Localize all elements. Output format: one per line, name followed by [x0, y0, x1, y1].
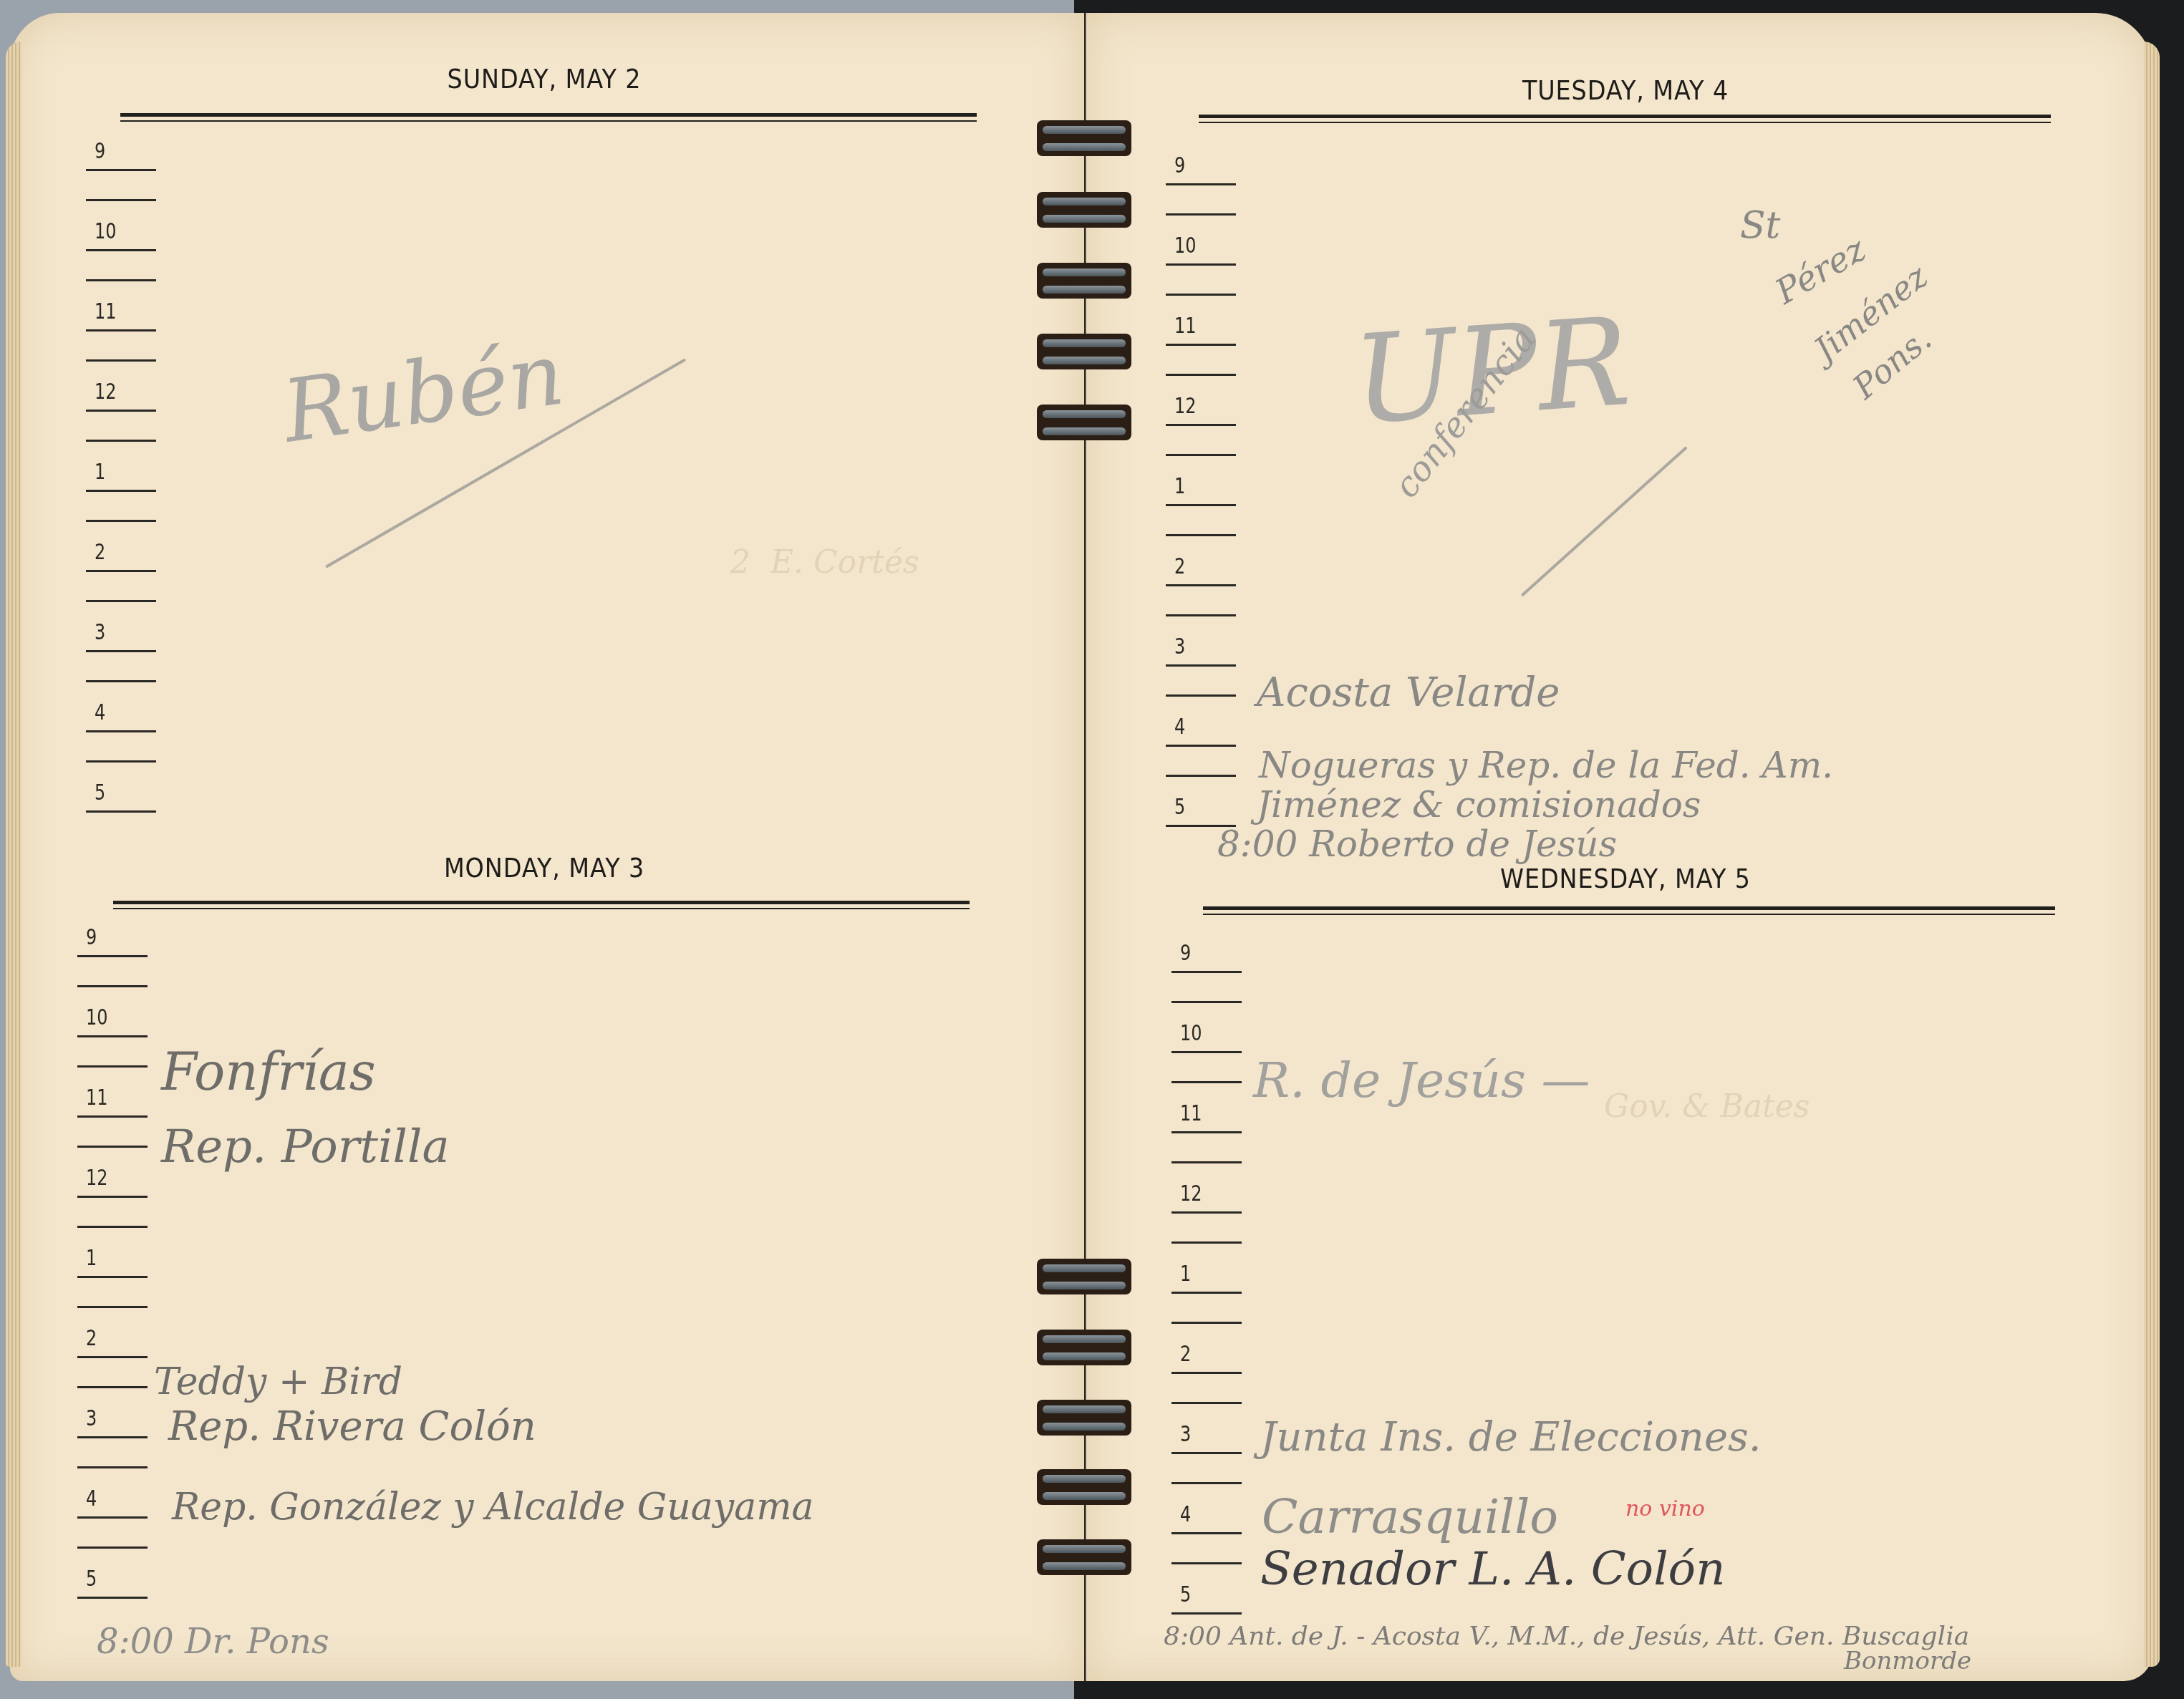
hour-label: 3 [1180, 1422, 1191, 1447]
hour-label: 11 [95, 299, 117, 324]
spiral-coil [1037, 334, 1131, 369]
hour-label: 4 [1174, 715, 1185, 740]
hour-label: 4 [86, 1486, 97, 1511]
handwritten-note: Rep. Rivera Colón [168, 1403, 536, 1450]
hour-label: 3 [95, 620, 105, 645]
hour-label: 12 [95, 379, 117, 405]
hour-label: 3 [86, 1406, 97, 1431]
hour-label: 5 [1174, 795, 1185, 820]
spiral-coil [1037, 1469, 1131, 1505]
handwritten-note: Bonmorde [1844, 1647, 1971, 1675]
bleed-through-text: 2 E. Cortés [730, 544, 919, 581]
page-stack-edge [2144, 42, 2160, 1667]
hour-label: 1 [86, 1246, 97, 1271]
spiral-coil [1037, 1539, 1131, 1575]
header-rule [120, 113, 977, 124]
spiral-coil [1037, 1259, 1131, 1294]
hour-label: 10 [95, 219, 117, 244]
hour-label: 9 [1174, 153, 1185, 178]
hour-label: 10 [1174, 233, 1197, 258]
spiral-coil [1037, 120, 1131, 156]
header-rule [1203, 906, 2055, 917]
hour-label: 5 [95, 780, 105, 805]
page-stack-edge [6, 42, 21, 1667]
handwritten-note: Rep. Portilla [161, 1120, 450, 1173]
handwritten-note: Acosta Velarde [1257, 669, 1560, 716]
spiral-coil [1037, 263, 1131, 299]
handwritten-note: Rep. González y Alcalde Guayama [172, 1486, 814, 1529]
header-rule [113, 901, 970, 911]
day-title: MONDAY, MAY 3 [418, 852, 670, 884]
spiral-coil [1037, 192, 1131, 228]
header-rule [1199, 115, 2051, 125]
handwritten-note: Teddy + Bird [154, 1360, 402, 1403]
bleed-through-text: Gov. & Bates [1604, 1088, 1809, 1125]
handwritten-note: St [1740, 204, 1781, 247]
hour-label: 9 [95, 139, 105, 164]
hour-label: 1 [1180, 1262, 1191, 1287]
hour-label: 2 [95, 540, 105, 565]
handwritten-note: R. de Jesús — [1253, 1052, 1590, 1109]
hour-label: 12 [1174, 394, 1197, 419]
day-title: SUNDAY, MAY 2 [418, 63, 670, 95]
handwritten-note: Jiménez & comisionados [1257, 784, 1701, 826]
handwritten-note: Carrasquillo [1262, 1489, 1558, 1544]
day-title: TUESDAY, MAY 4 [1493, 74, 1758, 106]
hour-label: 10 [1180, 1021, 1202, 1046]
hour-label: 4 [1180, 1502, 1191, 1527]
day-title: WEDNESDAY, MAY 5 [1474, 863, 1777, 894]
hour-label: 11 [86, 1085, 108, 1110]
hour-label: 11 [1180, 1101, 1202, 1126]
hour-label: 5 [86, 1567, 97, 1592]
handwritten-note: 8:00 Dr. Pons [97, 1622, 329, 1662]
spiral-coil [1037, 405, 1131, 440]
hour-label: 2 [1180, 1342, 1191, 1367]
handwritten-note: Fonfrías [161, 1042, 376, 1102]
spiral-coil [1037, 1330, 1131, 1365]
hour-label: 9 [86, 925, 97, 950]
hour-label: 1 [1174, 474, 1185, 499]
handwritten-note: Senador L. A. Colón [1260, 1543, 1725, 1596]
hour-label: 9 [1180, 941, 1191, 966]
hour-label: 5 [1180, 1582, 1191, 1607]
handwritten-note: Junta Ins. de Elecciones. [1260, 1414, 1762, 1461]
hour-label: 4 [95, 700, 105, 725]
hour-label: 1 [95, 460, 105, 485]
spiral-coil [1037, 1400, 1131, 1436]
handwritten-note: 8:00 Roberto de Jesús [1217, 823, 1617, 865]
hour-label: 2 [1174, 554, 1185, 579]
handwritten-note-red: no vino [1625, 1496, 1705, 1521]
handwritten-note: Nogueras y Rep. de la Fed. Am. [1259, 745, 1833, 786]
hour-label: 3 [1174, 634, 1185, 659]
hour-label: 12 [1180, 1181, 1202, 1206]
hour-label: 11 [1174, 314, 1197, 339]
hour-label: 12 [86, 1166, 108, 1191]
hour-label: 10 [86, 1005, 108, 1030]
hour-label: 2 [86, 1326, 97, 1351]
